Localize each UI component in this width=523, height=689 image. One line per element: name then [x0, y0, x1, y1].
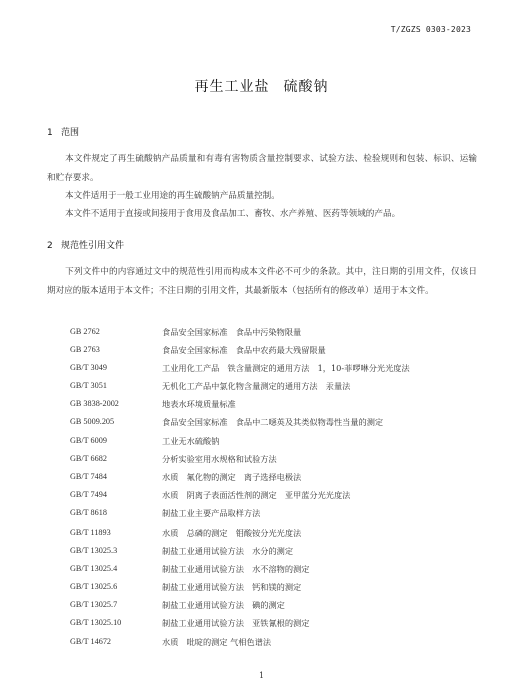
- reference-item: GB/T 13025.3制盐工业通用试验方法 水分的测定: [70, 542, 490, 560]
- section-1-paragraph-2: 本文件适用于一般工业用途的再生硫酸钠产品质量控制。: [47, 187, 477, 206]
- page-number: 1: [0, 671, 523, 680]
- reference-item: GB/T 13025.10制盐工业通用试验方法 亚铁氰根的测定: [70, 614, 490, 632]
- reference-item: GB/T 6009工业无水硫酸钠: [70, 432, 490, 450]
- reference-code: GB/T 3049: [70, 359, 107, 377]
- reference-title: 食品安全国家标准 食品中污染物限量: [162, 323, 301, 341]
- section-number: 1: [47, 128, 61, 138]
- normative-references-list: GB 2762食品安全国家标准 食品中污染物限量 GB 2763食品安全国家标准…: [70, 323, 490, 651]
- reference-code: GB/T 13025.6: [70, 578, 117, 596]
- reference-title: 分析实验室用水规格和试验方法: [162, 450, 277, 468]
- title-part-1: 再生工业盐: [195, 79, 270, 95]
- reference-code: GB/T 7494: [70, 486, 107, 504]
- reference-code: GB/T 6682: [70, 450, 107, 468]
- reference-code: GB 2762: [70, 323, 100, 341]
- reference-code: GB 5009.205: [70, 413, 114, 431]
- reference-item: GB/T 13025.6制盐工业通用试验方法 钙和镁的测定: [70, 578, 490, 596]
- reference-title: 工业无水硫酸钠: [162, 432, 219, 450]
- reference-item: GB/T 8618制盐工业主要产品取样方法: [70, 504, 490, 524]
- reference-title: 地表水环境质量标准: [162, 395, 236, 413]
- section-1-paragraph-3: 本文件不适用于直接或间接用于食用及食品加工、畜牧、水产养殖、医药等领域的产品。: [47, 205, 477, 224]
- reference-code: GB/T 11893: [70, 524, 111, 542]
- title-part-2: 硫酸钠: [284, 79, 329, 95]
- reference-title: 水质 阴离子表面活性剂的测定 亚甲蓝分光光度法: [162, 486, 350, 504]
- section-title: 规范性引用文件: [61, 241, 124, 251]
- section-title: 范围: [61, 128, 79, 138]
- reference-item: GB/T 13025.7制盐工业通用试验方法 碘的测定: [70, 596, 490, 614]
- reference-title: 水质 吡啶的测定 气相色谱法: [162, 633, 271, 651]
- reference-title: 水质 氟化物的测定 离子选择电极法: [162, 468, 301, 486]
- reference-code: GB 2763: [70, 341, 100, 359]
- reference-item: GB 5009.205食品安全国家标准 食品中二噁英及其类似物毒性当量的测定: [70, 413, 490, 431]
- section-2-heading: 2规范性引用文件: [47, 238, 124, 251]
- reference-title: 食品安全国家标准 食品中二噁英及其类似物毒性当量的测定: [162, 413, 383, 431]
- reference-item: GB/T 7494水质 阴离子表面活性剂的测定 亚甲蓝分光光度法: [70, 486, 490, 504]
- reference-code: GB/T 14672: [70, 633, 111, 651]
- reference-item: GB/T 14672水质 吡啶的测定 气相色谱法: [70, 633, 490, 651]
- reference-item: GB/T 3049工业用化工产品 铁含量测定的通用方法 1，10-菲啰啉分光光度…: [70, 359, 490, 377]
- reference-title: 制盐工业通用试验方法 碘的测定: [162, 596, 285, 614]
- reference-item: GB/T 11893水质 总磷的测定 钼酸铵分光光度法: [70, 524, 490, 542]
- reference-code: GB/T 13025.7: [70, 596, 117, 614]
- section-number: 2: [47, 241, 61, 251]
- reference-item: GB 2763食品安全国家标准 食品中农药最大残留限量: [70, 341, 490, 359]
- reference-item: GB/T 3051无机化工产品中氯化物含量测定的通用方法 汞量法: [70, 377, 490, 395]
- section-1-heading: 1范围: [47, 125, 79, 138]
- reference-title: 制盐工业通用试验方法 亚铁氰根的测定: [162, 614, 309, 632]
- reference-title: 制盐工业通用试验方法 钙和镁的测定: [162, 578, 301, 596]
- reference-item: GB/T 13025.4制盐工业通用试验方法 水不溶物的测定: [70, 560, 490, 578]
- reference-title: 制盐工业通用试验方法 水不溶物的测定: [162, 560, 309, 578]
- reference-code: GB/T 7484: [70, 468, 107, 486]
- reference-item: GB/T 7484水质 氟化物的测定 离子选择电极法: [70, 468, 490, 486]
- reference-title: 制盐工业主要产品取样方法: [162, 504, 260, 522]
- reference-title: 水质 总磷的测定 钼酸铵分光光度法: [162, 524, 301, 542]
- section-2-paragraph-1: 下列文件中的内容通过文中的规范性引用而构成本文件必不可少的条款。其中，注日期的引…: [47, 263, 477, 300]
- reference-title: 食品安全国家标准 食品中农药最大残留限量: [162, 341, 326, 359]
- reference-item: GB 2762食品安全国家标准 食品中污染物限量: [70, 323, 490, 341]
- reference-code: GB/T 3051: [70, 377, 107, 395]
- section-1-paragraph-1: 本文件规定了再生硫酸钠产品质量和有毒有害物质含量控制要求、试验方法、检验规则和包…: [47, 150, 477, 187]
- reference-code: GB/T 8618: [70, 504, 107, 522]
- document-title: 再生工业盐硫酸钠: [0, 76, 523, 96]
- reference-title: 制盐工业通用试验方法 水分的测定: [162, 542, 293, 560]
- reference-item: GB 3838-2002地表水环境质量标准: [70, 395, 490, 413]
- reference-title: 工业用化工产品 铁含量测定的通用方法 1，10-菲啰啉分光光度法: [162, 359, 410, 377]
- document-code: T/ZGZS 0303-2023: [391, 25, 471, 34]
- reference-code: GB 3838-2002: [70, 395, 119, 413]
- reference-item: GB/T 6682分析实验室用水规格和试验方法: [70, 450, 490, 468]
- reference-code: GB/T 13025.3: [70, 542, 117, 560]
- reference-code: GB/T 13025.10: [70, 614, 121, 632]
- reference-title: 无机化工产品中氯化物含量测定的通用方法 汞量法: [162, 377, 350, 395]
- reference-code: GB/T 13025.4: [70, 560, 117, 578]
- reference-code: GB/T 6009: [70, 432, 107, 450]
